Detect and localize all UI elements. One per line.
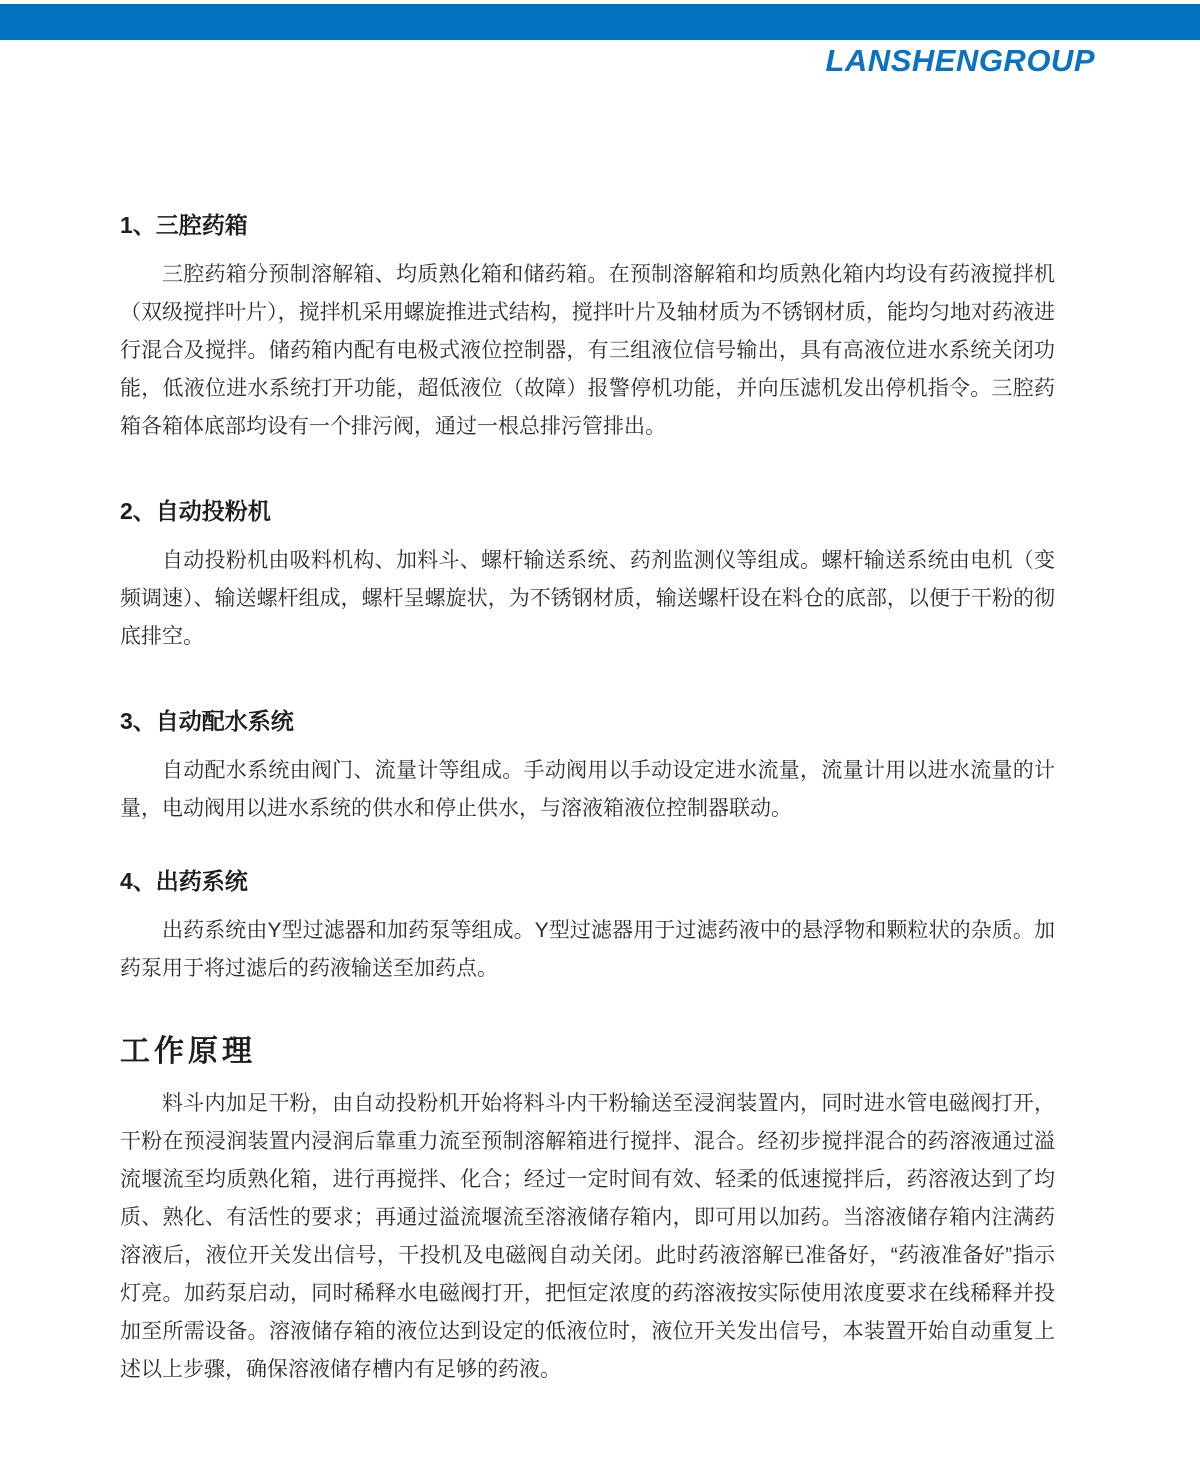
- section-triple-chamber-tank: 1、三腔药箱 三腔药箱分预制溶解箱、均质熟化箱和储药箱。在预制溶解箱和均质熟化箱…: [120, 210, 1055, 446]
- logo-row: LANSHENGROUP: [0, 43, 1200, 79]
- section-auto-powder-feeder: 2、自动投粉机 自动投粉机由吸料机构、加料斗、螺杆输送系统、药剂监测仪等组成。螺…: [120, 496, 1055, 656]
- section-4-heading: 4、出药系统: [120, 866, 1055, 896]
- section-2-heading: 2、自动投粉机: [120, 496, 1055, 526]
- company-logo: LANSHENGROUP: [825, 43, 1095, 79]
- section-3-body: 自动配水系统由阀门、流量计等组成。手动阀用以手动设定进水流量，流量计用以进水流量…: [120, 752, 1055, 828]
- section-auto-water-system: 3、自动配水系统 自动配水系统由阀门、流量计等组成。手动阀用以手动设定进水流量，…: [120, 706, 1055, 828]
- section-1-body: 三腔药箱分预制溶解箱、均质熟化箱和储药箱。在预制溶解箱和均质熟化箱内均设有药液搅…: [120, 256, 1055, 446]
- working-principle-heading: 工作原理: [120, 1032, 1055, 1072]
- section-dosing-system: 4、出药系统 出药系统由Y型过滤器和加药泵等组成。Y型过滤器用于过滤药液中的悬浮…: [120, 866, 1055, 988]
- header-bar: [0, 4, 1200, 40]
- section-2-body: 自动投粉机由吸料机构、加料斗、螺杆输送系统、药剂监测仪等组成。螺杆输送系统由电机…: [120, 542, 1055, 656]
- section-1-heading: 1、三腔药箱: [120, 210, 1055, 240]
- section-3-heading: 3、自动配水系统: [120, 706, 1055, 736]
- document-page: LANSHENGROUP 1、三腔药箱 三腔药箱分预制溶解箱、均质熟化箱和储药箱…: [0, 4, 1200, 1389]
- section-4-body: 出药系统由Y型过滤器和加药泵等组成。Y型过滤器用于过滤药液中的悬浮物和颗粒状的杂…: [120, 912, 1055, 988]
- working-principle-body: 料斗内加足干粉，由自动投粉机开始将料斗内干粉输送至浸润装置内，同时进水管电磁阀打…: [120, 1085, 1055, 1389]
- document-content: 1、三腔药箱 三腔药箱分预制溶解箱、均质熟化箱和储药箱。在预制溶解箱和均质熟化箱…: [120, 210, 1055, 1389]
